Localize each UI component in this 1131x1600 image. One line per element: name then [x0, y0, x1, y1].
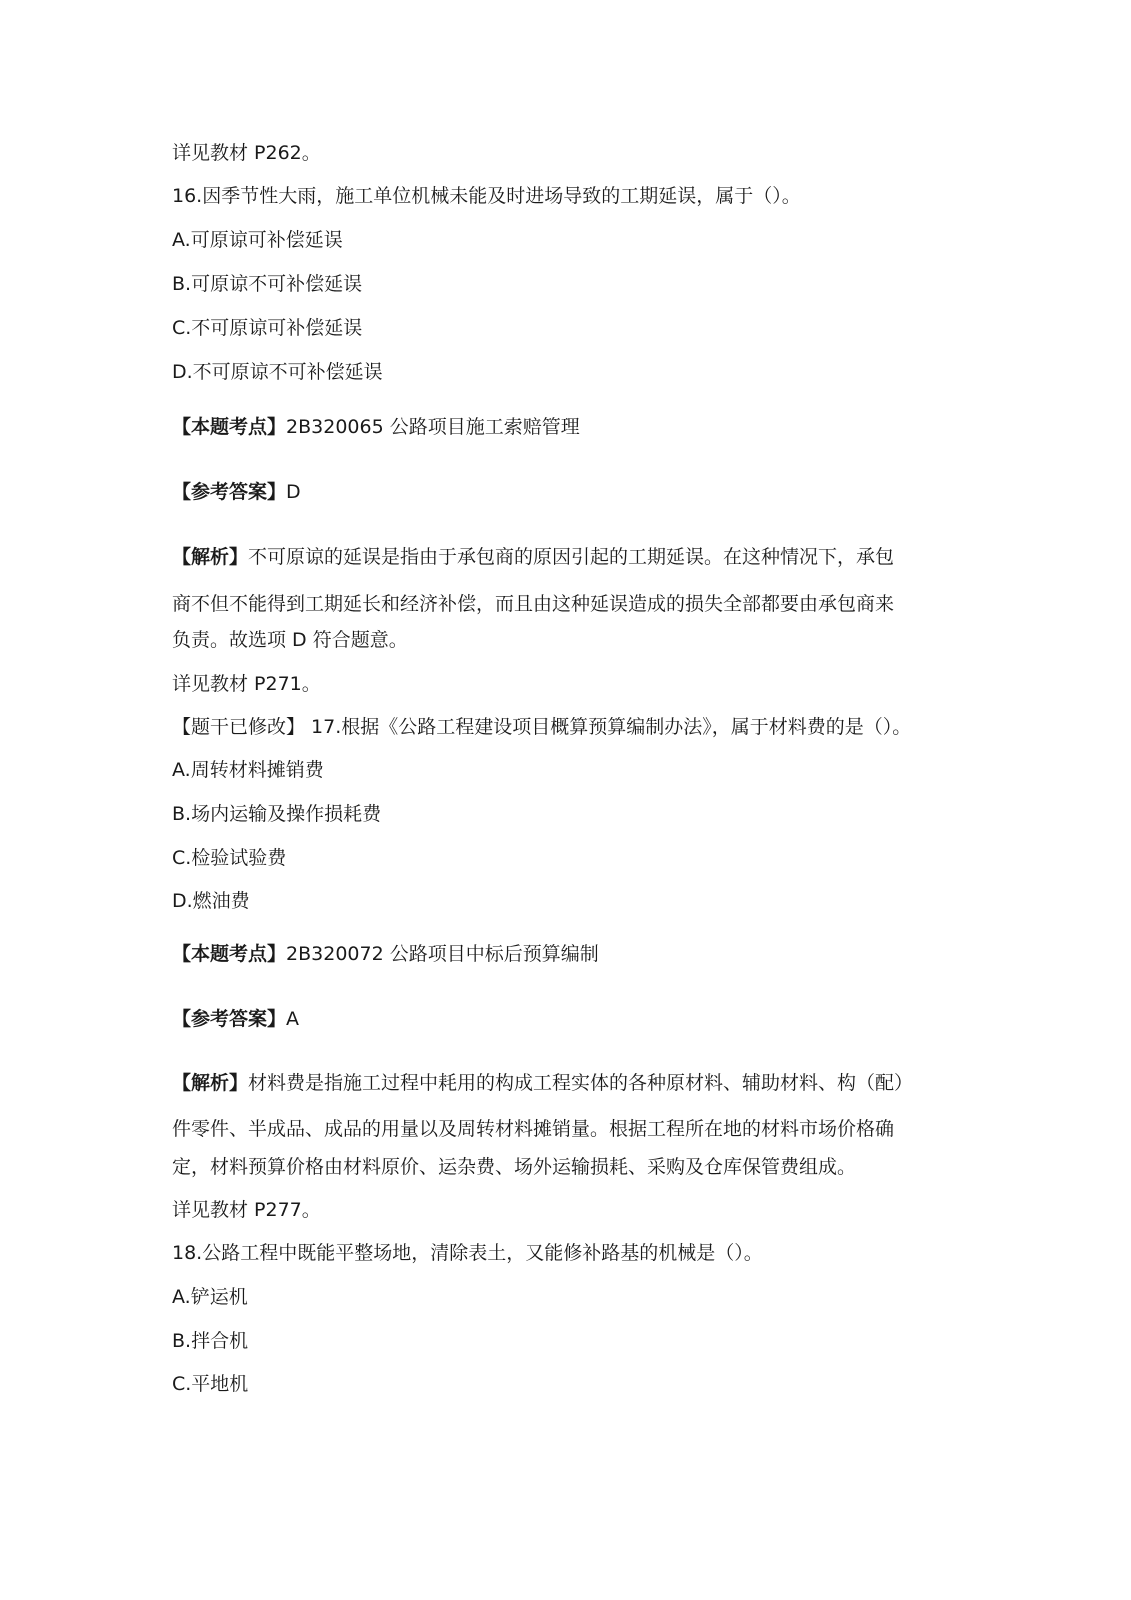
line-text: 详见教材 P271。 [172, 673, 321, 695]
line-text: 材料费是指施工过程中耗用的构成工程实体的各种原材料、辅助材料、构（配） [248, 1072, 913, 1094]
text-line: D.不可原谅不可补偿延误 [172, 360, 383, 384]
line-text: C.平地机 [172, 1373, 248, 1395]
line-text: A.周转材料摊销费 [172, 759, 324, 781]
text-line: 负责。故选项 D 符合题意。 [172, 628, 408, 652]
text-line: 详见教材 P262。 [172, 141, 321, 165]
text-line: 【解析】不可原谅的延误是指由于承包商的原因引起的工期延误。在这种情况下，承包 [172, 545, 894, 569]
line-text: 详见教材 P277。 [172, 1199, 321, 1221]
text-line: 详见教材 P271。 [172, 672, 321, 696]
line-text: 商不但不能得到工期延长和经济补偿，而且由这种延误造成的损失全部都要由承包商来 [172, 593, 894, 615]
section-tag: 【本题考点】 [172, 943, 286, 965]
line-text: 不可原谅的延误是指由于承包商的原因引起的工期延误。在这种情况下，承包 [248, 546, 894, 568]
line-text: B.场内运输及操作损耗费 [172, 803, 381, 825]
section-tag: 【参考答案】 [172, 1008, 286, 1030]
line-text: A [286, 1008, 299, 1030]
text-line: 【参考答案】A [172, 1007, 299, 1031]
section-tag: 【参考答案】 [172, 481, 286, 503]
line-text: 【题干已修改】 17.根据《公路工程建设项目概算预算编制办法》，属于材料费的是（… [172, 716, 911, 738]
text-line: 件零件、半成品、成品的用量以及周转材料摊销量。根据工程所在地的材料市场价格确 [172, 1117, 894, 1141]
line-text: D [286, 481, 301, 503]
text-line: 商不但不能得到工期延长和经济补偿，而且由这种延误造成的损失全部都要由承包商来 [172, 592, 894, 616]
text-line: D.燃油费 [172, 889, 250, 913]
text-line: 详见教材 P277。 [172, 1198, 321, 1222]
line-text: A.铲运机 [172, 1286, 248, 1308]
line-text: 2B320065 公路项目施工索赔管理 [286, 416, 580, 438]
line-text: 18.公路工程中既能平整场地，清除表土，又能修补路基的机械是（）。 [172, 1242, 763, 1264]
text-line: B.可原谅不可补偿延误 [172, 272, 362, 296]
line-text: 2B320072 公路项目中标后预算编制 [286, 943, 599, 965]
text-line: C.检验试验费 [172, 846, 286, 870]
section-tag: 【本题考点】 [172, 416, 286, 438]
text-line: C.不可原谅可补偿延误 [172, 316, 362, 340]
text-line: A.铲运机 [172, 1285, 248, 1309]
text-line: B.场内运输及操作损耗费 [172, 802, 381, 826]
line-text: C.不可原谅可补偿延误 [172, 317, 362, 339]
text-line: A.周转材料摊销费 [172, 758, 324, 782]
text-line: 定，材料预算价格由材料原价、运杂费、场外运输损耗、采购及仓库保管费组成。 [172, 1155, 856, 1179]
line-text: B.拌合机 [172, 1330, 248, 1352]
text-line: 【解析】材料费是指施工过程中耗用的构成工程实体的各种原材料、辅助材料、构（配） [172, 1071, 913, 1095]
text-line: 【本题考点】2B320072 公路项目中标后预算编制 [172, 942, 599, 966]
text-line: B.拌合机 [172, 1329, 248, 1353]
line-text: 定，材料预算价格由材料原价、运杂费、场外运输损耗、采购及仓库保管费组成。 [172, 1156, 856, 1178]
section-tag: 【解析】 [172, 1072, 248, 1094]
line-text: C.检验试验费 [172, 847, 286, 869]
text-line: 18.公路工程中既能平整场地，清除表土，又能修补路基的机械是（）。 [172, 1241, 763, 1265]
text-line: A.可原谅可补偿延误 [172, 228, 343, 252]
line-text: A.可原谅可补偿延误 [172, 229, 343, 251]
line-text: B.可原谅不可补偿延误 [172, 273, 362, 295]
line-text: D.不可原谅不可补偿延误 [172, 361, 383, 383]
line-text: 件零件、半成品、成品的用量以及周转材料摊销量。根据工程所在地的材料市场价格确 [172, 1118, 894, 1140]
section-tag: 【解析】 [172, 546, 248, 568]
text-line: 【本题考点】2B320065 公路项目施工索赔管理 [172, 415, 580, 439]
line-text: 16.因季节性大雨，施工单位机械未能及时进场导致的工期延误，属于（）。 [172, 185, 801, 207]
text-line: C.平地机 [172, 1372, 248, 1396]
text-line: 16.因季节性大雨，施工单位机械未能及时进场导致的工期延误，属于（）。 [172, 184, 801, 208]
line-text: 负责。故选项 D 符合题意。 [172, 629, 408, 651]
line-text: 详见教材 P262。 [172, 142, 321, 164]
text-line: 【题干已修改】 17.根据《公路工程建设项目概算预算编制办法》，属于材料费的是（… [172, 715, 911, 739]
text-line: 【参考答案】D [172, 480, 301, 504]
line-text: D.燃油费 [172, 890, 250, 912]
